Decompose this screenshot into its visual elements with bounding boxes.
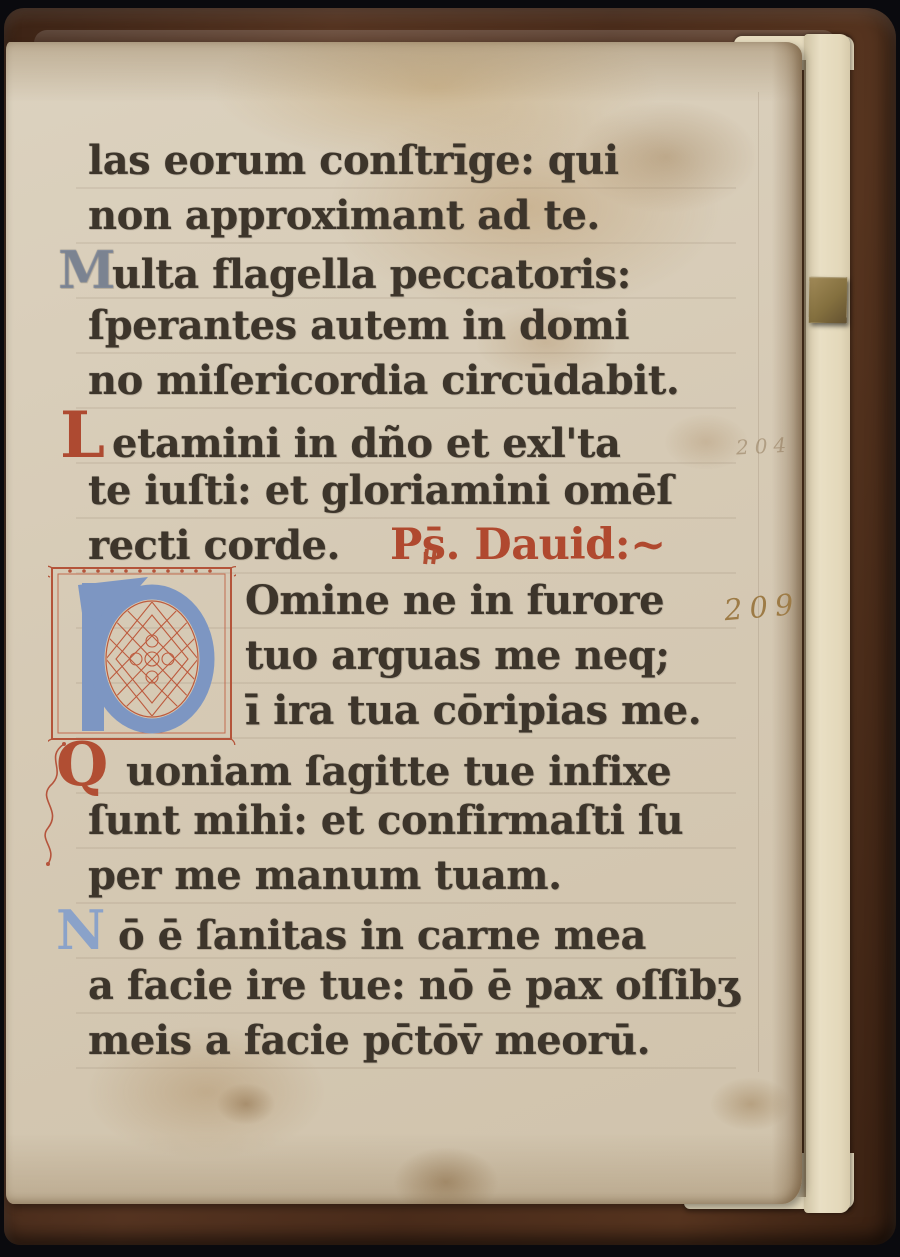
line-text: ī ira tua cōripias me. <box>245 687 701 734</box>
line-text: uoniam ſagitte tue infixe <box>126 748 671 795</box>
red-initial-L: L <box>60 408 112 463</box>
line-text: ſunt mihi: et confirmaſti ſu <box>88 797 683 844</box>
parchment-page: las eorum conſtrīge: qui non approximant… <box>6 42 802 1204</box>
blue-initial-N: N <box>56 903 118 958</box>
text-line: per me manum tuam. <box>88 848 778 903</box>
line-text: ulta flagella peccatoris: <box>112 251 631 298</box>
text-line: non approximant ad te. <box>88 188 778 243</box>
line-text: tuo arguas me neq; <box>245 632 670 679</box>
dot-ornament-row <box>68 569 212 573</box>
red-guide-mark <box>424 549 440 565</box>
line-text: las eorum conſtrīge: qui <box>88 137 619 184</box>
line-text: meis a facie pc̄tōv̄ meorū. <box>88 1017 650 1064</box>
text-line: no miſericordia circūdabit. <box>88 353 778 408</box>
flourish-stroke <box>45 744 64 864</box>
text-line: Omine ne in furore <box>245 573 778 628</box>
line-text: Omine ne in furore <box>245 577 664 624</box>
manuscript-photo: las eorum conſtrīge: qui non approximant… <box>0 0 900 1257</box>
text-line: tuo arguas me neq; <box>245 628 778 683</box>
page-edge-stack <box>804 34 850 1213</box>
text-line: Letamini in dño et exl'ta <box>88 408 778 463</box>
folio-number: 209 <box>723 587 802 628</box>
text-line: Nō ē ſanitas in carne mea <box>88 903 778 958</box>
text-line: ſunt mihi: et confirmaſti ſu <box>88 793 778 848</box>
text-line: las eorum conſtrīge: qui <box>88 133 778 188</box>
text-line: Quoniam ſagitte tue infixe <box>88 738 778 793</box>
text-line: ī ira tua cōripias me. <box>245 683 778 738</box>
line-text: per me manum tuam. <box>88 852 562 899</box>
line-text: no miſericordia circūdabit. <box>88 357 679 404</box>
line-text: etamini in dño et exl'ta <box>112 420 620 467</box>
line-text: te iuſti: et gloriamini omēſ <box>88 467 673 514</box>
faded-blue-initial-M: M <box>58 243 112 298</box>
brass-bookmark-tab <box>809 277 848 324</box>
line-text: ō ē ſanitas in carne mea <box>118 912 646 959</box>
margin-annotation-faint: 204 <box>735 433 792 460</box>
text-line: a facie ire tue: nō ē pax oſſibʒ <box>88 958 778 1013</box>
pen-flourish <box>34 740 78 870</box>
illuminated-initial-D-art <box>48 563 236 745</box>
text-line: meis a facie pc̄tōv̄ meorū. <box>88 1013 778 1068</box>
line-text: ſperantes autem in domi <box>88 302 629 349</box>
text-line: te iuſti: et gloriamini omēſ <box>88 463 778 518</box>
line-text: non approximant ad te. <box>88 192 600 239</box>
line-text: a facie ire tue: nō ē pax oſſibʒ <box>88 962 739 1009</box>
illuminated-initial-D-block: D <box>48 563 236 745</box>
text-line: ſperantes autem in domi <box>88 298 778 353</box>
text-line: Multa flagella peccatoris: <box>88 243 778 298</box>
line-text: recti corde. <box>88 522 340 569</box>
